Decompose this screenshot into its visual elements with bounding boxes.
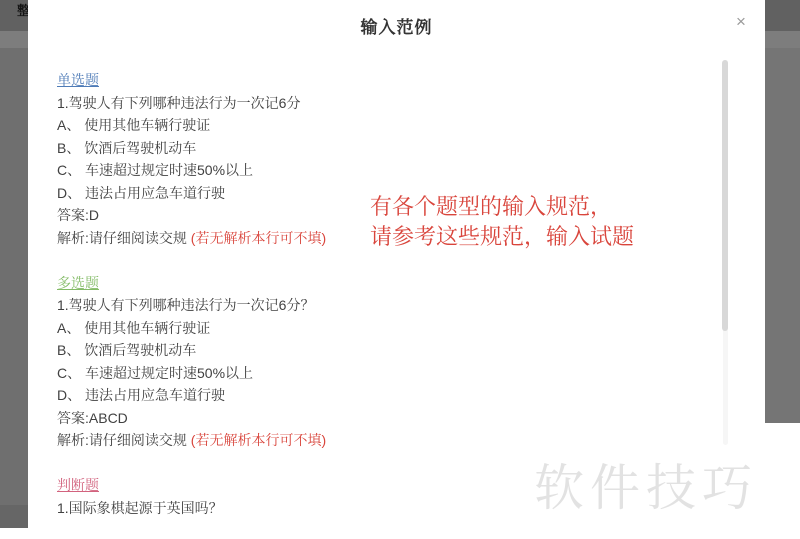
dimmed-toolbar-strip — [765, 31, 800, 48]
example-line: B、 饮酒后驾驶机动车 — [57, 137, 387, 160]
example-content: 单选题 1.驾驶人有下列哪种违法行为一次记6分 A、 使用其他车辆行驶证 B、 … — [57, 69, 387, 519]
analysis-note: (若无解析本行可不填) — [191, 432, 326, 448]
example-line: 答案:ABCD — [57, 407, 387, 430]
section-heading: 单选题 — [57, 69, 387, 92]
clipped-background-text: 整 — [17, 4, 28, 17]
analysis-note: (若无解析本行可不填) — [191, 230, 326, 246]
modal-title: 输入范例 — [28, 13, 765, 38]
analysis-line: 解析:请仔细阅读交规 (若无解析本行可不填) — [57, 429, 387, 452]
dimmed-page-left-edge: 整 — [0, 0, 28, 528]
analysis-line: 解析:请仔细阅读交规 (若无解析本行可不填) — [57, 227, 387, 250]
modal-scrollbar-thumb[interactable] — [722, 60, 728, 331]
close-icon[interactable]: × — [729, 10, 753, 34]
example-line: 1.驾驶人有下列哪种违法行为一次记6分？ — [57, 294, 387, 317]
analysis-label: 解析:请仔细阅读交规 — [57, 230, 191, 246]
example-line: D、 违法占用应急车道行驶 — [57, 182, 387, 205]
example-line: A、 使用其他车辆行驶证 — [57, 317, 387, 340]
annotation-text: 有各个题型的输入规范， 请参考这些规范，输入试题 — [370, 192, 634, 252]
example-line: 1.驾驶人有下列哪种违法行为一次记6分 — [57, 92, 387, 115]
section-heading: 判断题 — [57, 474, 387, 497]
section-single-choice: 单选题 1.驾驶人有下列哪种违法行为一次记6分 A、 使用其他车辆行驶证 B、 … — [57, 69, 387, 249]
section-multi-choice: 多选题 1.驾驶人有下列哪种违法行为一次记6分？ A、 使用其他车辆行驶证 B、… — [57, 272, 387, 452]
dimmed-toolbar-strip — [0, 31, 28, 48]
example-line: A、 使用其他车辆行驶证 — [57, 114, 387, 137]
section-heading: 多选题 — [57, 272, 387, 295]
dimmed-page-right-edge — [765, 0, 800, 423]
example-line: 1.国际象棋起源于英国吗？ — [57, 497, 387, 520]
analysis-label: 解析:请仔细阅读交规 — [57, 432, 191, 448]
example-line: C、 车速超过规定时速50%以上 — [57, 362, 387, 385]
page-background: 整 输入范例 × 单选题 1.驾驶人有下列哪种违法行为一次记6分 A、 使用其他… — [0, 0, 800, 539]
example-line: B、 饮酒后驾驶机动车 — [57, 339, 387, 362]
example-line: C、 车速超过规定时速50%以上 — [57, 159, 387, 182]
example-line: D、 违法占用应急车道行驶 — [57, 384, 387, 407]
section-judge: 判断题 1.国际象棋起源于英国吗？ — [57, 474, 387, 519]
example-line: 答案:D — [57, 204, 387, 227]
dimmed-header-block — [765, 0, 800, 31]
annotation-line-1: 有各个题型的输入规范， — [370, 192, 634, 222]
annotation-line-2: 请参考这些规范，输入试题 — [370, 222, 634, 252]
watermark: 软件技巧 — [534, 448, 758, 520]
dimmed-footer-strip — [0, 505, 28, 528]
